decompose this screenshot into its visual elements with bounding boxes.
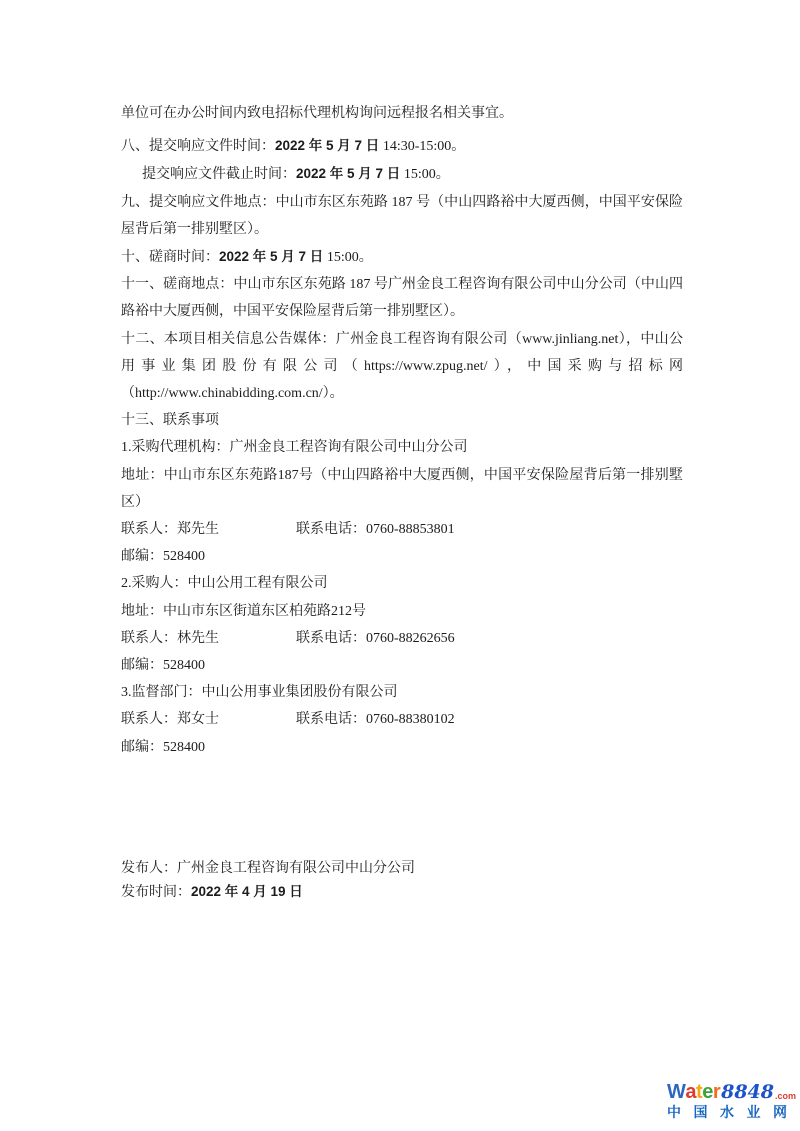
buyer-zip: 邮编：528400 [121,652,683,679]
item-8-submission-time: 八、提交响应文件时间：2022 年 5 月 7 日 14:30-15:00。 [121,132,683,160]
logo-water-wordmark: Water [667,1082,720,1102]
paragraph-continuation: 单位可在办公时间内致电招标代理机构询问远程报名相关事宜。 [121,100,683,127]
item-8-time: 14:30-15:00。 [379,139,465,154]
logo-letter-e: e [702,1082,713,1102]
logo-subtitle: 中国水业网 [667,1104,798,1120]
item-10-date: 2022 年 5 月 7 日 [219,249,323,264]
supervisor-contact-person: 联系人：郑女士 [121,706,296,733]
item-13-heading: 十三、联系事项 [121,407,683,434]
publisher-block: 发布人：广州金良工程咨询有限公司中山分公司 发布时间：2022 年 4 月 19… [121,857,415,904]
agency-title: 1.采购代理机构：广州金良工程咨询有限公司中山分公司 [121,434,683,461]
item-9-submission-place: 九、提交响应文件地点：中山市东区东苑路 187 号（中山四路裕中大厦西侧，中国平… [121,189,683,243]
logo-letter-w: W [667,1082,685,1102]
logo-dotcom: .com [775,1091,796,1102]
agency-contact-row: 联系人：郑先生联系电话：0760-88853801 [121,516,683,543]
buyer-contact-person: 联系人：林先生 [121,625,296,652]
item-8-prefix: 八、提交响应文件时间： [121,139,275,154]
agency-contact-person: 联系人：郑先生 [121,516,296,543]
publisher-date-row: 发布时间：2022 年 4 月 19 日 [121,880,415,904]
supervisor-phone: 联系电话：0760-88380102 [296,712,455,727]
agency-address: 地址：中山市东区东苑路187号（中山四路裕中大厦西侧，中国平安保险屋背后第一排别… [121,462,683,516]
buyer-phone: 联系电话：0760-88262656 [296,631,455,646]
item-10-time: 15:00。 [323,250,372,265]
item-8-deadline-date: 2022 年 5 月 7 日 [296,166,400,181]
logo-number-8848: 8848 [721,1083,774,1102]
item-8-deadline: 提交响应文件截止时间：2022 年 5 月 7 日 15:00。 [121,160,683,188]
supervisor-title: 3.监督部门：中山公用事业集团股份有限公司 [121,679,683,706]
publisher-date-value: 2022 年 4 月 19 日 [191,884,303,899]
buyer-title: 2.采购人：中山公用工程有限公司 [121,570,683,597]
water8848-logo[interactable]: Water 8848 .com 中国水业网 [667,1082,798,1120]
supervisor-zip: 邮编：528400 [121,734,683,761]
agency-phone: 联系电话：0760-88853801 [296,522,455,537]
document-body: 单位可在办公时间内致电招标代理机构询问远程报名相关事宜。 八、提交响应文件时间：… [121,100,683,761]
item-10-prefix: 十、磋商时间： [121,250,219,265]
item-8-deadline-time: 15:00。 [400,167,449,182]
item-11-negotiation-place: 十一、磋商地点：中山市东区东苑路 187 号广州金良工程咨询有限公司中山分公司（… [121,271,683,325]
buyer-address: 地址：中山市东区街道东区柏苑路212号 [121,598,683,625]
logo-letter-a: a [685,1082,696,1102]
item-8-date: 2022 年 5 月 7 日 [275,138,379,153]
item-12-announcement-media: 十二、本项目相关信息公告媒体：广州金良工程咨询有限公司（www.jinliang… [121,326,683,408]
document-page: 单位可在办公时间内致电招标代理机构询问远程报名相关事宜。 八、提交响应文件时间：… [0,0,800,1131]
logo-letter-r: r [713,1082,720,1102]
item-8-deadline-prefix: 提交响应文件截止时间： [142,167,296,182]
publisher-date-label: 发布时间： [121,885,191,900]
buyer-contact-row: 联系人：林先生联系电话：0760-88262656 [121,625,683,652]
publisher-name: 发布人：广州金良工程咨询有限公司中山分公司 [121,857,415,880]
item-10-negotiation-time: 十、磋商时间：2022 年 5 月 7 日 15:00。 [121,243,683,271]
supervisor-contact-row: 联系人：郑女士联系电话：0760-88380102 [121,706,683,733]
logo-wordmark-row: Water 8848 .com [667,1082,798,1102]
agency-zip: 邮编：528400 [121,543,683,570]
